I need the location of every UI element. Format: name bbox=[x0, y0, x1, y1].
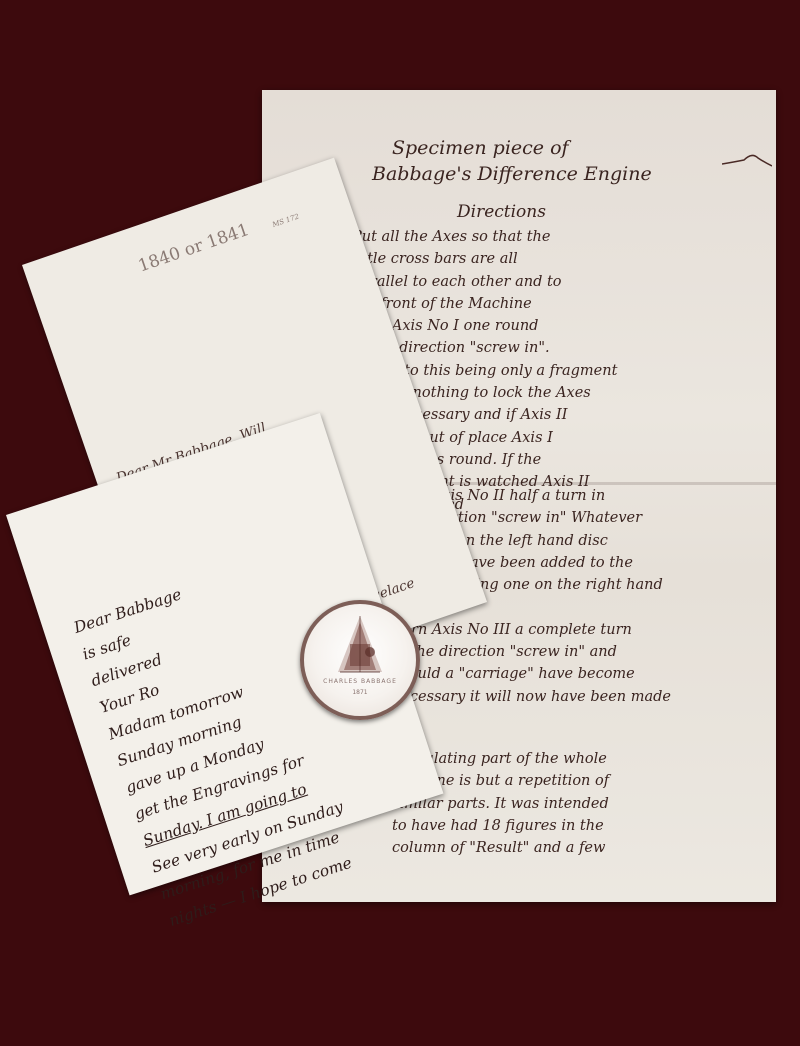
title-line-1: Specimen piece of bbox=[372, 135, 732, 161]
difference-engine-engraving-icon bbox=[330, 614, 390, 676]
text-line: Put all the Axes so that the bbox=[352, 226, 772, 248]
text-line: similar parts. It was intended bbox=[392, 793, 762, 815]
text-line: Turn Axis No III a complete turn bbox=[392, 619, 762, 641]
text-line: in the direction "screw in". bbox=[352, 337, 772, 359]
text-line: Turn Axis No I one round bbox=[352, 315, 772, 337]
title-line-2: Babbage's Difference Engine bbox=[372, 161, 732, 187]
text-line: machine is but a repetition of bbox=[392, 770, 762, 792]
text-line: to have had 18 figures in the bbox=[392, 815, 762, 837]
photo-scene: Specimen piece of Babbage's Difference E… bbox=[0, 0, 800, 1046]
medallion-name: CHARLES BABBAGE bbox=[304, 678, 416, 685]
text-line: the front of the Machine bbox=[352, 293, 772, 315]
text-line: should a "carriage" have become bbox=[392, 663, 762, 685]
medallion-year: 1871 bbox=[304, 689, 416, 696]
text-line: Owing to this being only a fragment bbox=[352, 360, 772, 382]
text-line: Calculating part of the whole bbox=[392, 748, 762, 770]
babbage-medallion: CHARLES BABBAGE 1871 bbox=[300, 600, 420, 720]
directions-heading: Directions bbox=[457, 202, 546, 222]
text-line: in the direction "screw in" and bbox=[392, 641, 762, 663]
text-line: little cross bars are all bbox=[352, 248, 772, 270]
text-line: necessary it will now have been made bbox=[392, 686, 762, 708]
archive-reference: MS 172 bbox=[271, 212, 300, 229]
sheet-title: Specimen piece of Babbage's Difference E… bbox=[372, 135, 732, 187]
pencil-date-annotation: 1840 or 1841 bbox=[136, 220, 252, 277]
text-line: parallel to each other and to bbox=[352, 271, 772, 293]
